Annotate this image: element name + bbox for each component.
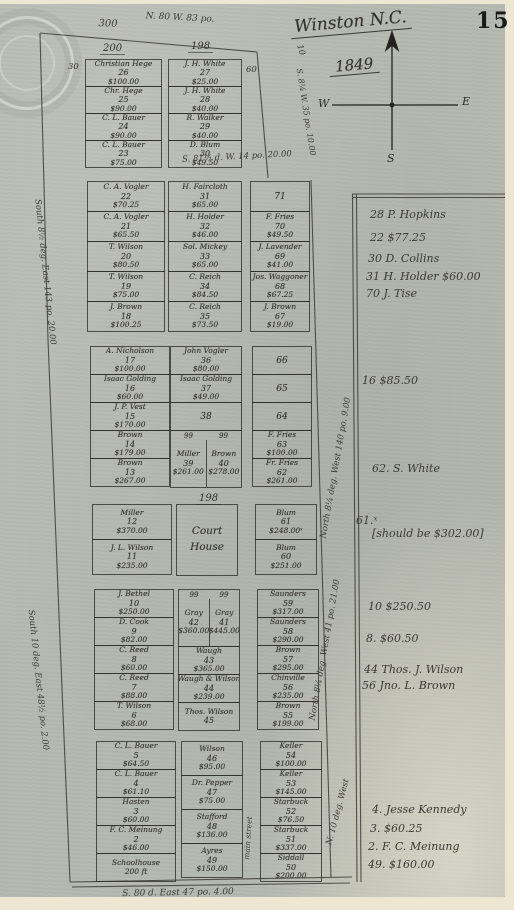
block-column-header: 198 [188, 41, 213, 53]
lot-price: $360.00 [179, 627, 209, 636]
lot-owner-name: Ayres [201, 847, 222, 856]
lot-owner-name: J. Bethel [118, 590, 150, 599]
lot-price: $65.50 [113, 231, 139, 240]
lot-owner-name: Miller [121, 509, 144, 518]
lot-price: $61.10 [123, 788, 149, 797]
lot-price: $46.00 [192, 231, 218, 240]
lot-cell: J. P. Vest15$170.00 [90, 402, 170, 431]
lot-owner-name: Brown [118, 431, 143, 440]
lot-cell: C. L. Bauer4$61.10 [96, 769, 176, 798]
lot-cell: Keller53$145.00 [260, 769, 322, 798]
lot-price: $199.00 [272, 720, 303, 729]
lot-cell: J. Bethel10$250.00 [94, 589, 174, 618]
note-line: 70 J. Tise [366, 287, 417, 300]
lot-cell: F. Fries70$49.50 [250, 211, 310, 242]
lot-cell: J. H. White27$25.00 [168, 59, 242, 87]
lot-price: $60.00 [117, 393, 143, 402]
note-line: 4. Jesse Kennedy [372, 803, 467, 816]
lot-cell: Fr. Fries62$261.00 [252, 458, 312, 487]
lot-cell: J. H. White28$40.00 [168, 86, 242, 114]
lot-price: $75.00 [199, 797, 225, 806]
lot-owner-name: Siddall [278, 854, 304, 863]
lot-cell: J. Brown67$19.00 [250, 301, 310, 332]
lot-cell-split: 9999Miller39$261.00Brown40$278.00 [170, 430, 242, 488]
lot-owner-name: T. Wilson [117, 702, 151, 711]
lot-cell: T. Wilson6$68.00 [94, 701, 174, 730]
lot-owner-name: Isaac Golding [180, 375, 232, 384]
lot-cell: Waugh43$365.00 [178, 646, 240, 675]
lot-cell: Starbuck51$337.00 [260, 825, 322, 854]
survey-bearing-label: 300 [98, 18, 117, 30]
lot-price: $60.00 [123, 816, 149, 825]
split-row: Miller39$261.00Brown40$278.00 [171, 440, 241, 487]
lot-cell: Schoolhouse200 ft [96, 853, 176, 882]
lot-column: 666564F. Fries63$100.00Fr. Fries62$261.0… [252, 347, 312, 487]
split-width-value: 99 [184, 432, 193, 440]
lot-price: $145.00 [275, 788, 306, 797]
lot-owner-name: J. Brown [110, 303, 142, 312]
lot-cell: Christian Hege26$100.00 [85, 59, 162, 87]
courthouse-label-line: House [190, 540, 224, 556]
width-marker-left: 30 [68, 62, 79, 72]
lot-cell: Miller39$261.00 [171, 440, 206, 487]
lot-column: C. L. Bauer5$64.50C. L. Bauer4$61.10Hast… [96, 742, 176, 882]
lot-cell: Jos. Waggoner68$67.25 [250, 271, 310, 302]
lot-price: $445.00 [209, 627, 239, 636]
lot-price: $49.50 [267, 231, 293, 240]
lot-owner-name: Chinville [271, 674, 305, 683]
lot-owner-name: Hasten [122, 798, 149, 807]
lot-cell: J. L. Wilson11$235.00 [92, 539, 172, 575]
lot-owner-name: Waugh [196, 647, 222, 656]
lot-price: $235.00 [272, 692, 303, 701]
lot-price: $337.00 [275, 844, 306, 853]
lot-owner-name: J. H. White [185, 60, 226, 69]
note-line: 16 $85.50 [362, 374, 418, 387]
lot-cell: H. Faircloth31$65.00 [168, 181, 242, 212]
lot-price: $80.50 [113, 261, 139, 270]
lot-column: John Vogler36$80.00Isaac Golding37$49.00… [170, 347, 242, 488]
lot-cell: F. C. Meinung2$46.00 [96, 825, 176, 854]
lot-price: $46.00 [123, 844, 149, 853]
lot-owner-name: Fr. Fries [266, 459, 298, 468]
lot-price: $80.00 [193, 365, 219, 374]
lot-owner-name: F. C. Meinung [110, 826, 163, 835]
lot-cell: C. Reed7$88.00 [94, 673, 174, 702]
lot-cell: Isaac Golding16$60.00 [90, 374, 170, 403]
lot-cell-number-only: 64 [252, 402, 312, 431]
lot-owner-name: A. Nicholson [106, 347, 154, 356]
lot-price: $365.00 [193, 665, 224, 674]
lot-column: Miller12$370.00J. L. Wilson11$235.00 [92, 505, 172, 575]
lot-owner-name: C. L. Bauer [115, 742, 158, 751]
lot-owner-name: Blum [276, 544, 296, 553]
lot-owner-name: C. Reich [189, 273, 221, 282]
lot-price: $136.00 [196, 831, 227, 840]
lot-cell: Wilson46$95.00 [181, 741, 243, 776]
lot-owner-name: H. Faircloth [182, 183, 227, 192]
lot-number: 38 [200, 412, 211, 422]
lot-price: $100.00 [114, 365, 145, 374]
lot-price: $75.00 [113, 291, 139, 300]
lot-owner-name: Keller [280, 742, 303, 751]
note-line: 31 H. Holder $60.00 [366, 270, 481, 283]
lot-cell: Ayres49$150.00 [181, 843, 243, 878]
lot-owner-name: F. Fries [266, 213, 294, 222]
lot-price: $84.50 [192, 291, 218, 300]
lot-price: $49.00 [193, 393, 219, 402]
lot-cell: C. Reich34$84.50 [168, 271, 242, 302]
lot-owner-name: Brown [276, 702, 301, 711]
lot-price: $40.00 [192, 132, 218, 141]
lot-cell: Blum61$248.00ˣ [255, 504, 317, 540]
lot-cell: C. Reich35$73.50 [168, 301, 242, 332]
lot-owner-name: C. L. Bauer [115, 770, 158, 779]
lot-owner-name: C. Reed [119, 646, 149, 655]
lot-owner-name: Sol. Mickey [183, 243, 227, 252]
lot-owner-name: Saunders [270, 590, 306, 599]
lot-owner-name: Stafford [197, 813, 228, 822]
lot-price: $261.00 [173, 468, 204, 477]
split-width-markers: 9999 [179, 590, 239, 599]
width-marker-right: 60 [246, 65, 257, 75]
lot-price: $90.00 [110, 132, 136, 141]
compass-west-label: W [318, 97, 329, 110]
lot-owner-name: Dr. Pepper [192, 779, 232, 788]
lot-owner-name: Gray [215, 609, 233, 618]
lot-owner-name: Miller [177, 450, 200, 459]
lot-price: $88.00 [121, 692, 147, 701]
lot-price: $235.00 [116, 562, 147, 571]
lot-cell: Brown40$278.00 [206, 440, 242, 487]
note-line: 8. $60.50 [366, 632, 418, 645]
lot-price: $65.00 [192, 261, 218, 270]
lot-price: $295.00 [272, 664, 303, 673]
lot-cell: Saunders59$317.00 [257, 589, 319, 618]
lot-cell: F. Fries63$100.00 [252, 430, 312, 459]
lot-owner-name: Brown [211, 450, 236, 459]
lot-cell: Dr. Pepper47$75.00 [181, 775, 243, 810]
lot-number: 71 [274, 192, 285, 202]
compass-east-label: E [462, 95, 470, 108]
block-column-header: 200 [100, 43, 125, 55]
lot-price: $40.00 [192, 105, 218, 114]
lot-cell: D. Cook9$82.00 [94, 617, 174, 646]
lot-owner-name: R. Walker [187, 114, 224, 123]
lot-column: 9999Gray42$360.00Gray41$445.00Waugh43$36… [178, 590, 240, 731]
lot-price: $73.50 [192, 321, 218, 330]
lot-owner-name: Gray [185, 609, 203, 618]
lot-owner-name: Isaac Golding [104, 375, 156, 384]
split-row: Gray42$360.00Gray41$445.00 [179, 599, 239, 646]
note-line: 2. F. C. Meinung [368, 840, 460, 853]
lot-price: $170.00 [114, 421, 145, 430]
lot-owner-name: Thos. Wilson [185, 708, 234, 717]
lot-owner-name: C. Reed [119, 674, 149, 683]
lot-owner-name: Jos. Waggoner [253, 273, 308, 282]
lot-owner-name: F. Fries [268, 431, 296, 440]
note-line: 28 P. Hopkins [370, 208, 446, 221]
courthouse-label-line: Court [192, 524, 222, 540]
lot-cell: J. Lavender69$41.00 [250, 241, 310, 272]
lot-cell: Waugh & Wilson44$239.00 [178, 674, 240, 703]
lot-column: A. Nicholson17$100.00Isaac Golding16$60.… [90, 347, 170, 487]
lot-cell: T. Wilson20$80.50 [87, 241, 165, 272]
lot-cell: A. Nicholson17$100.00 [90, 346, 170, 375]
lot-owner-name: J. H. White [185, 87, 226, 96]
lot-number: 66 [276, 356, 287, 366]
split-width-value: 99 [220, 591, 229, 599]
lot-price: $68.00 [121, 720, 147, 729]
note-line: 10 $250.50 [368, 600, 431, 613]
lot-owner-name: C. Reich [189, 303, 221, 312]
lot-cell: C. A. Vogler21$65.50 [87, 211, 165, 242]
lot-price: $290.00 [272, 636, 303, 645]
lot-cell: Brown13$267.00 [90, 458, 170, 487]
lot-number: 64 [276, 412, 287, 422]
lot-owner-name: C. A. Vogler [104, 183, 149, 192]
lot-cell-number-only: 38 [170, 402, 242, 431]
lot-owner-name: C. L. Bauer [102, 141, 145, 150]
lot-cell: Gray41$445.00 [209, 599, 240, 646]
lot-cell: Chinville56$235.00 [257, 673, 319, 702]
lot-column: Blum61$248.00ˣBlum60$251.00 [255, 505, 317, 575]
lot-price: 200 ft [125, 868, 148, 877]
lot-price: $25.00 [192, 78, 218, 87]
lot-price: $82.00 [121, 636, 147, 645]
lot-price: $200.00 [275, 872, 306, 881]
lot-column: H. Faircloth31$65.00H. Holder32$46.00Sol… [168, 182, 242, 332]
lot-price: $267.00 [114, 477, 145, 486]
survey-bearing-label: S. 80 d. East 47 po. 4.00 [122, 887, 234, 899]
lot-price: $41.00 [267, 261, 293, 270]
split-width-markers: 9999 [171, 431, 241, 440]
lot-owner-name: D. Cook [119, 618, 149, 627]
lot-price: $100.25 [110, 321, 141, 330]
compass-south-label: S [387, 152, 395, 165]
lot-owner-name: Brown [276, 646, 301, 655]
lot-price: $76.50 [278, 816, 304, 825]
lot-price: $67.25 [267, 291, 293, 300]
lot-price: $70.25 [113, 201, 139, 210]
lot-cell: H. Holder32$46.00 [168, 211, 242, 242]
lot-owner-name: C. A. Vogler [104, 213, 149, 222]
lot-owner-name: J. P. Vest [114, 403, 146, 412]
lot-owner-name: Keller [280, 770, 303, 779]
lot-owner-name: D. Blum [190, 141, 220, 150]
lot-number: 65 [276, 384, 287, 394]
lot-cell-number-only: 66 [252, 346, 312, 375]
lot-owner-name: Wilson [199, 745, 225, 754]
lot-owner-name: T. Wilson [109, 243, 143, 252]
lot-price: $19.00 [267, 321, 293, 330]
lot-price: $65.00 [192, 201, 218, 210]
lot-cell: C. A. Vogler22$70.25 [87, 181, 165, 212]
lot-cell: C. Reed8$60.00 [94, 645, 174, 674]
lot-price: $64.50 [123, 760, 149, 769]
lot-cell-number-only: 71 [250, 181, 310, 212]
lot-owner-name: Starbuck [274, 826, 309, 835]
note-line: 56 Jno. L. Brown [362, 679, 455, 692]
lot-cell: Blum60$251.00 [255, 539, 317, 575]
lot-owner-name: Waugh & Wilson [178, 675, 240, 684]
lot-owner-name: Christian Hege [95, 60, 153, 69]
lot-cell: John Vogler36$80.00 [170, 346, 242, 375]
lot-price: $370.00 [116, 527, 147, 536]
lot-cell: Brown14$179.00 [90, 430, 170, 459]
lot-cell-split: 9999Gray42$360.00Gray41$445.00 [178, 589, 240, 647]
lot-price: $248.00ˣ [269, 527, 303, 536]
lot-cell: C. L. Bauer5$64.50 [96, 741, 176, 770]
lot-cell: C. L. Bauer24$90.00 [85, 113, 162, 141]
lot-cell: T. Wilson19$75.00 [87, 271, 165, 302]
lot-cell-number-only: 65 [252, 374, 312, 403]
note-line: 49. $160.00 [368, 858, 434, 871]
lot-cell: Starbuck52$76.50 [260, 797, 322, 826]
lot-owner-name: J. L. Wilson [111, 544, 154, 553]
lot-cell: Sol. Mickey33$65.00 [168, 241, 242, 272]
split-width-value: 99 [190, 591, 199, 599]
lot-price: $75.00 [110, 159, 136, 168]
lot-price: $60.00 [121, 664, 147, 673]
lot-owner-name: Brown [118, 459, 143, 468]
lot-owner-name: C. L. Bauer [102, 114, 145, 123]
lot-cell: Hasten3$60.00 [96, 797, 176, 826]
lot-owner-name: H. Holder [186, 213, 224, 222]
lot-price: $239.00 [193, 693, 224, 702]
lot-cell: C. L. Bauer23$75.00 [85, 140, 162, 168]
lot-column: CourtHouse [176, 505, 238, 576]
lot-column: Keller54$100.00Keller53$145.00Starbuck52… [260, 742, 322, 882]
map-title: Winston N.C. 1849 [289, 7, 415, 80]
note-line: 61.ˣ [356, 514, 377, 527]
note-line: 3. $60.25 [370, 822, 422, 835]
lot-cell: Keller54$100.00 [260, 741, 322, 770]
lot-price: $179.00 [114, 449, 145, 458]
lot-price: $261.00 [266, 477, 297, 486]
lot-owner-name: T. Wilson [109, 273, 143, 282]
lot-column: Christian Hege26$100.00Chr. Hege25$90.00… [85, 60, 162, 168]
note-line: [should be $302.00] [372, 527, 484, 540]
lot-owner-name: J. Lavender [259, 243, 302, 252]
note-line: 30 D. Collins [368, 252, 439, 265]
lot-cell: J. Brown18$100.25 [87, 301, 165, 332]
lot-owner-name: J. Brown [264, 303, 296, 312]
lot-price: $95.00 [199, 763, 225, 772]
lot-price: $317.00 [272, 608, 303, 617]
scanned-page: W E S 15 Winston N.C. 1849 30 60 10 200C… [0, 0, 514, 910]
lot-cell: Miller12$370.00 [92, 504, 172, 540]
lot-column: Wilson46$95.00Dr. Pepper47$75.00Stafford… [181, 742, 243, 878]
lot-number: 45 [204, 716, 214, 725]
lot-cell: Saunders58$290.00 [257, 617, 319, 646]
lot-owner-name: Blum [276, 509, 296, 518]
note-line: 22 $77.25 [370, 231, 426, 244]
lot-cell: Stafford48$136.00 [181, 809, 243, 844]
lot-cell: Thos. Wilson45 [178, 702, 240, 731]
lot-column: J. Bethel10$250.00D. Cook9$82.00C. Reed8… [94, 590, 174, 730]
lot-cell: Brown57$295.00 [257, 645, 319, 674]
lot-price: $100.00 [275, 760, 306, 769]
lot-price: $278.00 [208, 468, 239, 477]
lot-price: $251.00 [270, 562, 301, 571]
lot-cell: Isaac Golding37$49.00 [170, 374, 242, 403]
lot-cell: Chr. Hege25$90.00 [85, 86, 162, 114]
split-width-value: 99 [219, 432, 228, 440]
lot-owner-name: John Vogler [184, 347, 228, 356]
lot-price: $100.00 [108, 78, 139, 87]
lot-cell: R. Walker29$40.00 [168, 113, 242, 141]
page-number: 15 [476, 8, 511, 34]
lot-owner-name: Chr. Hege [104, 87, 142, 96]
note-line: 44 Thos. J. Wilson [364, 663, 463, 676]
lot-cell: Gray42$360.00 [179, 599, 209, 646]
lot-column: C. A. Vogler22$70.25C. A. Vogler21$65.50… [87, 182, 165, 332]
lot-price: $90.00 [110, 105, 136, 114]
courthouse-cell: CourtHouse [176, 504, 238, 576]
lot-price: $100.00 [266, 449, 297, 458]
note-line: 62. S. White [372, 462, 440, 475]
lot-owner-name: Saunders [270, 618, 306, 627]
lot-column: 71F. Fries70$49.50J. Lavender69$41.00Jos… [250, 182, 310, 332]
lot-owner-name: Starbuck [274, 798, 309, 807]
lot-cell: Siddall50$200.00 [260, 853, 322, 882]
lot-price: $250.00 [118, 608, 149, 617]
lot-price: $150.00 [196, 865, 227, 874]
